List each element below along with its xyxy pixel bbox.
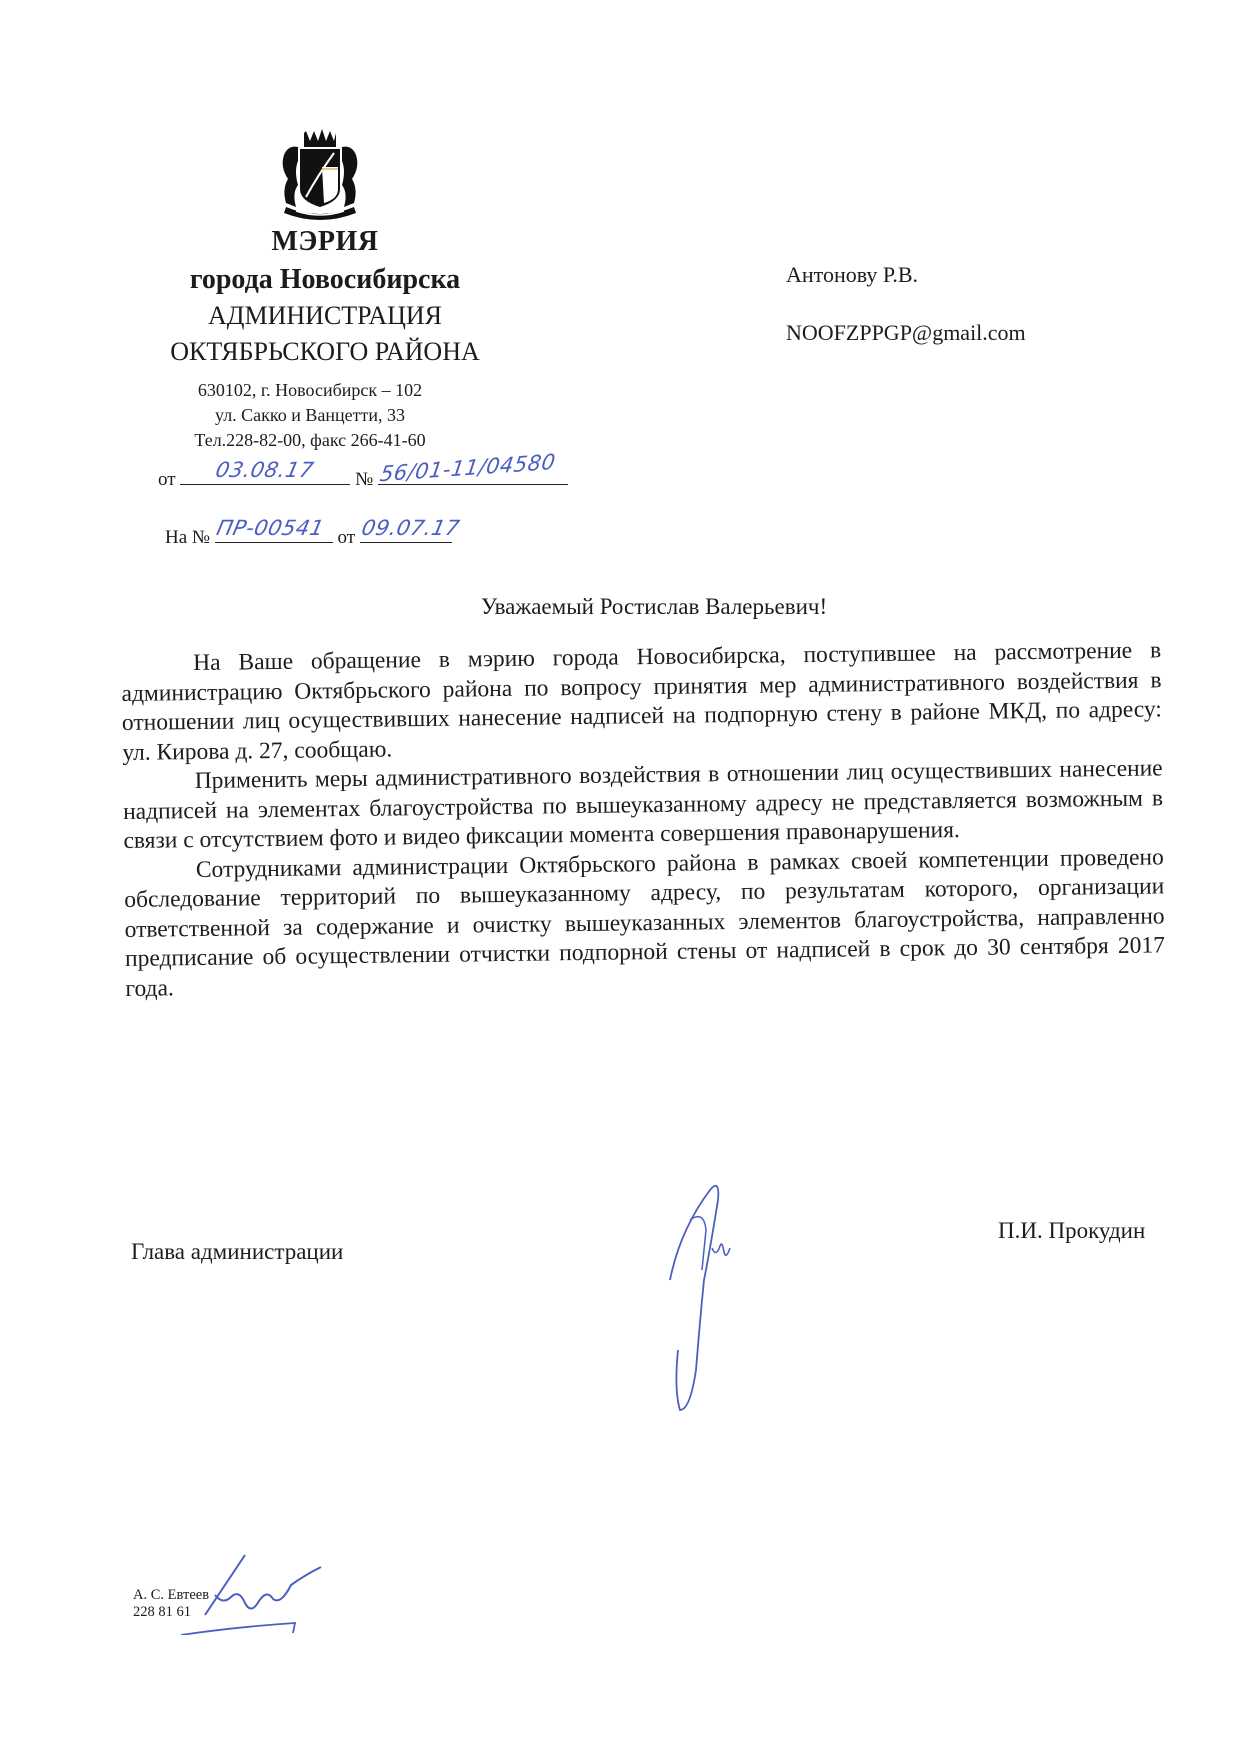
executor-initials-icon xyxy=(175,1545,375,1635)
handwritten-reply-number: ПР-00541 xyxy=(214,516,326,540)
number-label: № xyxy=(355,469,373,490)
reply-from-label: от xyxy=(338,527,356,548)
body-paragraph: Применить меры административного воздейс… xyxy=(123,754,1164,856)
salutation: Уважаемый Ростислав Валерьевич! xyxy=(0,594,1248,620)
body-paragraph: На Ваше обращение в мэрию города Новосиб… xyxy=(121,636,1162,768)
recipient-email: NOOFZPPGP@gmail.com xyxy=(786,320,1026,346)
letterhead-postal-address: 630102, г. Новосибирск – 102 xyxy=(145,380,475,401)
handwritten-reply-date: 09.07.17 xyxy=(359,516,462,540)
letterhead-phone-fax: Тел.228-82-00, факс 266-41-60 xyxy=(145,430,475,451)
handwritten-date: 03.08.17 xyxy=(214,458,317,482)
outgoing-registration: от 03.08.17 № 56/01-11/04580 xyxy=(158,464,568,491)
recipient-name: Антонову Р.В. xyxy=(786,262,918,288)
coat-of-arms-icon xyxy=(270,127,370,225)
incoming-reference: На № ПР-00541 от 09.07.17 xyxy=(165,522,452,549)
letterhead-mayoralty: МЭРИЯ xyxy=(140,226,510,258)
body-paragraph: Сотрудниками администрации Октябрьского … xyxy=(124,843,1166,1004)
letterhead-street-address: ул. Сакко и Ванцетти, 33 xyxy=(160,405,460,426)
date-field: 03.08.17 xyxy=(180,464,350,485)
signatory-title: Глава администрации xyxy=(131,1239,343,1265)
signatory-name: П.И. Прокудин xyxy=(998,1218,1145,1244)
letterhead-administration: АДМИНИСТРАЦИЯ xyxy=(140,301,510,331)
number-field: 56/01-11/04580 xyxy=(378,464,568,485)
letterhead-city: города Новосибирска xyxy=(140,264,510,296)
reply-number-label: На № xyxy=(165,527,210,548)
reply-date-field: 09.07.17 xyxy=(360,522,452,543)
from-label: от xyxy=(158,469,176,490)
handwritten-number: 56/01-11/04580 xyxy=(378,450,557,487)
letterhead-district: ОКТЯБРЬСКОГО РАЙОНА xyxy=(140,337,510,367)
handwritten-signature-icon xyxy=(660,1170,800,1420)
letter-body: На Ваше обращение в мэрию города Новосиб… xyxy=(121,636,1166,1004)
reply-number-field: ПР-00541 xyxy=(215,522,333,543)
